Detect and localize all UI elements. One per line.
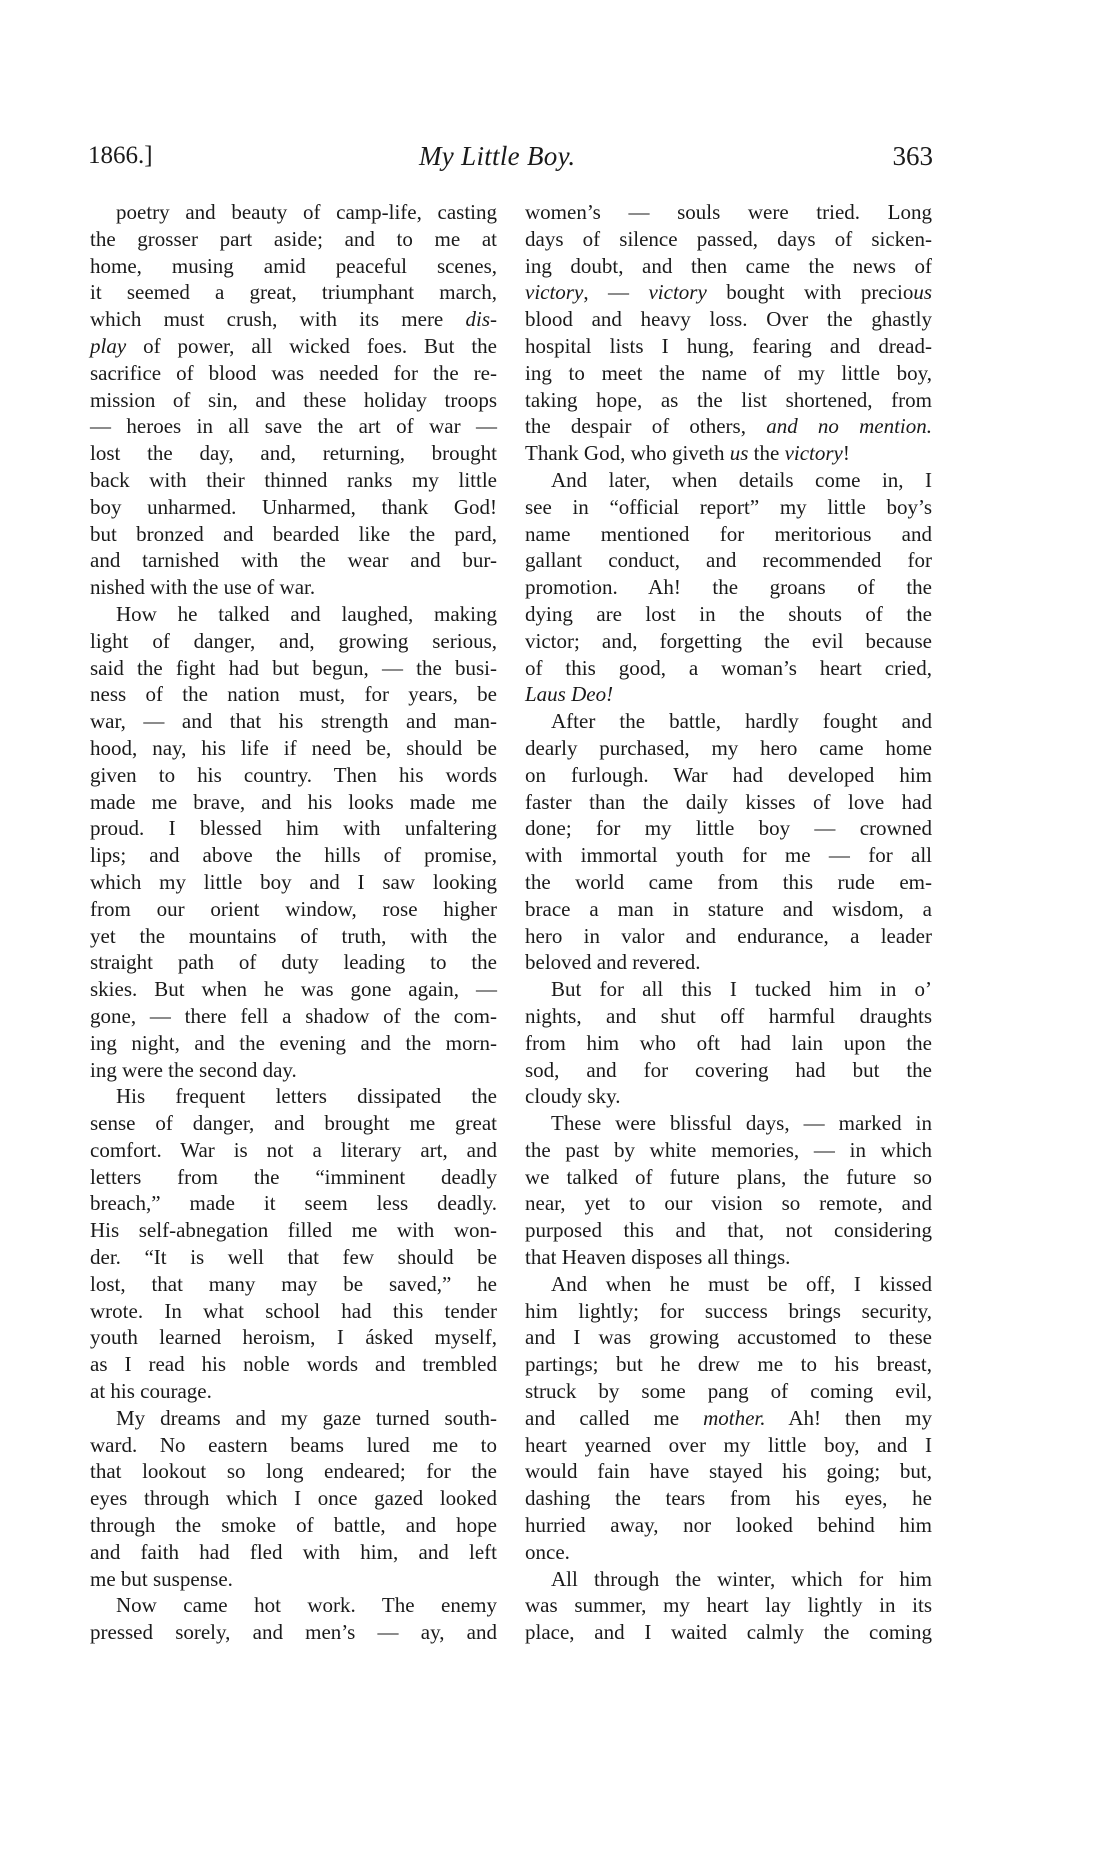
text-line: hospital lists I hung, fearing and dread… bbox=[525, 333, 932, 360]
left-column: poetry and beauty of camp-life, castingt… bbox=[90, 199, 497, 1646]
text-line: that lookout so long endeared; for the bbox=[90, 1458, 497, 1485]
text-line: sacrifice of blood was needed for the re… bbox=[90, 360, 497, 387]
text-line: hurried away, nor looked behind him bbox=[525, 1512, 932, 1539]
text-line: back with their thinned ranks my little bbox=[90, 467, 497, 494]
paragraph: And later, when details come in, Isee in… bbox=[525, 467, 932, 708]
text-line: from him who oft had lain upon the bbox=[525, 1030, 932, 1057]
text-line: poetry and beauty of camp-life, casting bbox=[90, 199, 497, 226]
text-line: the world came from this rude em- bbox=[525, 869, 932, 896]
text-line: him lightly; for success brings security… bbox=[525, 1298, 932, 1325]
text-line: gallant conduct, and recommended for bbox=[525, 547, 932, 574]
text-line: wrote. In what school had this tender bbox=[90, 1298, 497, 1325]
text-line: once. bbox=[525, 1539, 932, 1566]
text-line: hood, nay, his life if need be, should b… bbox=[90, 735, 497, 762]
text-line: sod, and for covering had but the bbox=[525, 1057, 932, 1084]
text-line: given to his country. Then his words bbox=[90, 762, 497, 789]
text-line: me but suspense. bbox=[90, 1566, 497, 1593]
italic-text: dis- bbox=[466, 307, 498, 331]
text-line: comfort. War is not a literary art, and bbox=[90, 1137, 497, 1164]
text-line: yet the mountains of truth, with the bbox=[90, 923, 497, 950]
text-line: sense of danger, and brought me great bbox=[90, 1110, 497, 1137]
text-line: the grosser part aside; and to me at bbox=[90, 226, 497, 253]
text-line: nished with the use of war. bbox=[90, 574, 497, 601]
text-line: ing to meet the name of my little boy, bbox=[525, 360, 932, 387]
text-line: taking hope, as the list shortened, from bbox=[525, 387, 932, 414]
text-line: mission of sin, and these holiday troops bbox=[90, 387, 497, 414]
italic-text: victory bbox=[785, 441, 843, 465]
paragraph: And when he must be off, I kissedhim lig… bbox=[525, 1271, 932, 1566]
text-line: — heroes in all save the art of war — bbox=[90, 413, 497, 440]
text-line: brace a man in stature and wisdom, a bbox=[525, 896, 932, 923]
text-line: eyes through which I once gazed looked bbox=[90, 1485, 497, 1512]
italic-text: us bbox=[730, 441, 749, 465]
text-line: youth learned heroism, I ásked myself, bbox=[90, 1324, 497, 1351]
paragraph: But for all this I tucked him in o’night… bbox=[525, 976, 932, 1110]
text-line: place, and I waited calmly the coming bbox=[525, 1619, 932, 1646]
text-line: proud. I blessed him with unfaltering bbox=[90, 815, 497, 842]
text-line: as I read his noble words and trembled bbox=[90, 1351, 497, 1378]
text-line: dying are lost in the shouts of the bbox=[525, 601, 932, 628]
text-line: dearly purchased, my hero came home bbox=[525, 735, 932, 762]
paragraph: All through the winter, which for himwas… bbox=[525, 1566, 932, 1646]
text-line: struck by some pang of coming evil, bbox=[525, 1378, 932, 1405]
text-line: said the fight had but begun, — the busi… bbox=[90, 655, 497, 682]
text-line: Laus Deo! bbox=[525, 681, 932, 708]
text-line: skies. But when he was gone again, — bbox=[90, 976, 497, 1003]
text-line: hero in valor and endurance, a leader bbox=[525, 923, 932, 950]
text-line: of this good, a woman’s heart cried, bbox=[525, 655, 932, 682]
text-line: victor; and, forgetting the evil because bbox=[525, 628, 932, 655]
text-line: was summer, my heart lay lightly in its bbox=[525, 1592, 932, 1619]
text-line: at his courage. bbox=[90, 1378, 497, 1405]
text-line: These were blissful days, — marked in bbox=[525, 1110, 932, 1137]
text-line: the past by white memories, — in which bbox=[525, 1137, 932, 1164]
text-line: would fain have stayed his going; but, bbox=[525, 1458, 932, 1485]
text-line: Thank God, who giveth us the victory! bbox=[525, 440, 932, 467]
text-line: and I was growing accustomed to these bbox=[525, 1324, 932, 1351]
text-line: on furlough. War had developed him bbox=[525, 762, 932, 789]
running-head-title: My Little Boy. bbox=[419, 138, 575, 174]
text-line: heart yearned over my little boy, and I bbox=[525, 1432, 932, 1459]
text-line: der. “It is well that few should be bbox=[90, 1244, 497, 1271]
text-line: lost the day, and, returning, brought bbox=[90, 440, 497, 467]
text-line: through the smoke of battle, and hope bbox=[90, 1512, 497, 1539]
text-line: Now came hot work. The enemy bbox=[90, 1592, 497, 1619]
text-line: victory, — victory bought with precious bbox=[525, 279, 932, 306]
text-line: nights, and shut off harmful draughts bbox=[525, 1003, 932, 1030]
text-line: partings; but he drew me to his breast, bbox=[525, 1351, 932, 1378]
text-line: with immortal youth for me — for all bbox=[525, 842, 932, 869]
text-line: we talked of future plans, the future so bbox=[525, 1164, 932, 1191]
italic-text: us bbox=[913, 280, 932, 304]
text-line: ing were the second day. bbox=[90, 1057, 497, 1084]
text-line: His frequent letters dissipated the bbox=[90, 1083, 497, 1110]
text-line: lost, that many may be saved,” he bbox=[90, 1271, 497, 1298]
text-line: and called me mother. Ah! then my bbox=[525, 1405, 932, 1432]
text-line: see in “official report” my little boy’s bbox=[525, 494, 932, 521]
text-line: and faith had fled with him, and left bbox=[90, 1539, 497, 1566]
text-line: done; for my little boy — crowned bbox=[525, 815, 932, 842]
text-line: days of silence passed, days of sicken- bbox=[525, 226, 932, 253]
text-line: dashing the tears from his eyes, he bbox=[525, 1485, 932, 1512]
text-line: All through the winter, which for him bbox=[525, 1566, 932, 1593]
text-line: And later, when details come in, I bbox=[525, 467, 932, 494]
text-line: ing doubt, and then came the news of bbox=[525, 253, 932, 280]
text-line: His self-abnegation filled me with won- bbox=[90, 1217, 497, 1244]
text-line: lips; and above the hills of promise, bbox=[90, 842, 497, 869]
italic-text: victory bbox=[525, 280, 583, 304]
text-line: My dreams and my gaze turned south- bbox=[90, 1405, 497, 1432]
text-line: but bronzed and bearded like the pard, bbox=[90, 521, 497, 548]
text-line: name mentioned for meritorious and bbox=[525, 521, 932, 548]
text-line: ward. No eastern beams lured me to bbox=[90, 1432, 497, 1459]
paragraph: My dreams and my gaze turned south-ward.… bbox=[90, 1405, 497, 1593]
text-line: And when he must be off, I kissed bbox=[525, 1271, 932, 1298]
text-line: gone, — there fell a shadow of the com- bbox=[90, 1003, 497, 1030]
text-line: But for all this I tucked him in o’ bbox=[525, 976, 932, 1003]
paragraph: These were blissful days, — marked inthe… bbox=[525, 1110, 932, 1271]
paragraph: poetry and beauty of camp-life, castingt… bbox=[90, 199, 497, 601]
text-line: straight path of duty leading to the bbox=[90, 949, 497, 976]
text-line: ness of the nation must, for years, be bbox=[90, 681, 497, 708]
text-line: cloudy sky. bbox=[525, 1083, 932, 1110]
text-line: women’s — souls were tried. Long bbox=[525, 199, 932, 226]
text-line: from our orient window, rose higher bbox=[90, 896, 497, 923]
text-line: and tarnished with the wear and bur- bbox=[90, 547, 497, 574]
italic-text: mother. bbox=[703, 1406, 765, 1430]
paragraph: women’s — souls were tried. Longdays of … bbox=[525, 199, 932, 467]
paragraph: After the battle, hardly fought anddearl… bbox=[525, 708, 932, 976]
running-head-year: 1866.] bbox=[88, 138, 153, 174]
page-number: 363 bbox=[893, 138, 934, 174]
italic-text: and no mention. bbox=[766, 414, 932, 438]
italic-text: play bbox=[90, 334, 126, 358]
paragraph: How he talked and laughed, makinglight o… bbox=[90, 601, 497, 1083]
paragraph: His frequent letters dissipated thesense… bbox=[90, 1083, 497, 1405]
text-line: light of danger, and, growing serious, bbox=[90, 628, 497, 655]
text-line: that Heaven disposes all things. bbox=[525, 1244, 932, 1271]
text-line: made me brave, and his looks made me bbox=[90, 789, 497, 816]
text-line: faster than the daily kisses of love had bbox=[525, 789, 932, 816]
text-line: ing night, and the evening and the morn- bbox=[90, 1030, 497, 1057]
italic-text: victory bbox=[648, 280, 706, 304]
text-line: the despair of others, and no mention. bbox=[525, 413, 932, 440]
text-line: How he talked and laughed, making bbox=[90, 601, 497, 628]
text-line: breach,” made it seem less deadly. bbox=[90, 1190, 497, 1217]
text-line: near, yet to our vision so remote, and bbox=[525, 1190, 932, 1217]
text-line: which must crush, with its mere dis- bbox=[90, 306, 497, 333]
text-line: war, — and that his strength and man- bbox=[90, 708, 497, 735]
book-page: 1866.] My Little Boy. 363 poetry and bea… bbox=[0, 0, 1112, 1850]
text-line: beloved and revered. bbox=[525, 949, 932, 976]
text-line: After the battle, hardly fought and bbox=[525, 708, 932, 735]
text-line: pressed sorely, and men’s — ay, and bbox=[90, 1619, 497, 1646]
text-line: it seemed a great, triumphant march, bbox=[90, 279, 497, 306]
italic-text: Laus Deo! bbox=[525, 682, 613, 706]
running-head: 1866.] My Little Boy. 363 bbox=[88, 138, 933, 178]
text-line: which my little boy and I saw looking bbox=[90, 869, 497, 896]
text-line: boy unharmed. Unharmed, thank God! bbox=[90, 494, 497, 521]
text-line: purposed this and that, not considering bbox=[525, 1217, 932, 1244]
text-line: home, musing amid peaceful scenes, bbox=[90, 253, 497, 280]
right-column: women’s — souls were tried. Longdays of … bbox=[525, 199, 932, 1646]
text-line: play of power, all wicked foes. But the bbox=[90, 333, 497, 360]
paragraph: Now came hot work. The enemypressed sore… bbox=[90, 1592, 497, 1646]
text-line: letters from the “imminent deadly bbox=[90, 1164, 497, 1191]
text-line: blood and heavy loss. Over the ghastly bbox=[525, 306, 932, 333]
text-line: promotion. Ah! the groans of the bbox=[525, 574, 932, 601]
